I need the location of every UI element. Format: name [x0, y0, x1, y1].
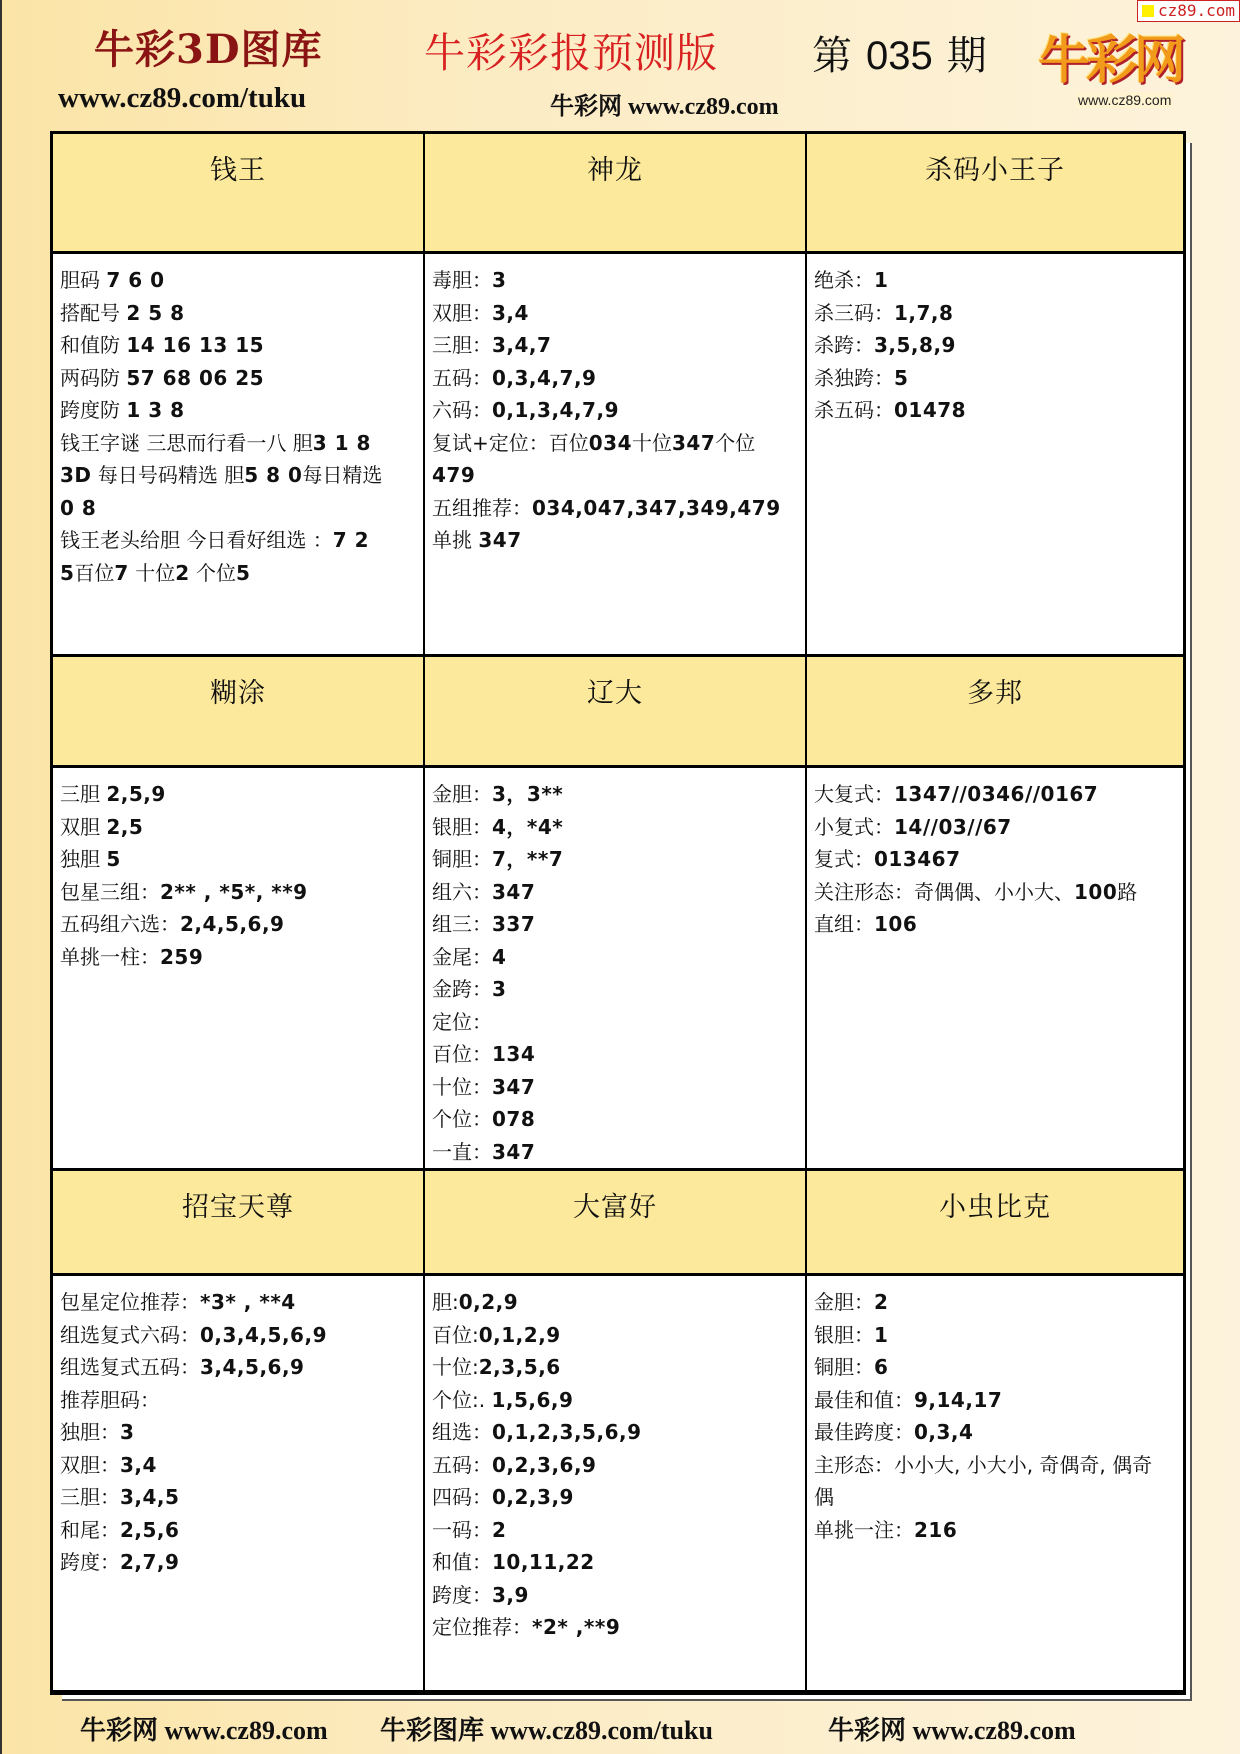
prediction-line: 钱王字谜 三思而行看一八 胆3 1 8	[60, 427, 423, 460]
section-header-zhaobao: 招宝天尊	[53, 1171, 425, 1276]
line-label: 小复式：	[814, 815, 894, 839]
line-label: 主形态：小小大, 小大小, 奇偶奇, 偶奇	[814, 1453, 1152, 1477]
line-value: 1347//0346//0167	[894, 782, 1098, 806]
line-label: 和尾：	[60, 1518, 120, 1542]
line-label: 三胆：	[60, 1485, 120, 1509]
line-value: 2,5,6	[120, 1518, 179, 1542]
line-value: 034	[589, 431, 632, 455]
line-label: 定位推荐：	[432, 1615, 532, 1639]
issue-label: 第035期	[812, 24, 987, 81]
line-label: 复式：	[814, 847, 874, 871]
line-label: 直组：	[814, 912, 874, 936]
line-value: 3	[120, 1420, 134, 1444]
line-value: 3	[492, 977, 506, 1001]
line-value: 0,3,4,7,9	[492, 366, 596, 390]
line-value: 3D	[60, 463, 92, 487]
line-label: 个位：	[432, 1107, 492, 1131]
prediction-line: 0 8	[60, 492, 423, 525]
line-value: 0,2,9	[459, 1290, 518, 1314]
prediction-grid: 钱王 神龙 杀码小王子 胆码 7 6 0搭配号 2 5 8和值防 14 16 1…	[50, 131, 1186, 1695]
prediction-line: 铜胆：7，**7	[432, 843, 805, 876]
prediction-line: 十位：347	[432, 1071, 805, 1104]
prediction-line: 五组推荐：034,047,347,349,479	[432, 492, 805, 525]
line-value: 134	[492, 1042, 535, 1066]
prediction-line: 主形态：小小大, 小大小, 奇偶奇, 偶奇	[814, 1449, 1183, 1482]
section-header-xiaochong: 小虫比克	[807, 1171, 1183, 1276]
line-value: 3,4,7	[492, 333, 551, 357]
line-label: 单挑	[432, 528, 478, 552]
line-value: 259	[160, 945, 203, 969]
prediction-line: 跨度：3,9	[432, 1579, 805, 1612]
line-value: 3,4	[492, 301, 529, 325]
line-label: 杀三码：	[814, 301, 894, 325]
line-label: 包星三组：	[60, 880, 160, 904]
line-value: 0,1,2,9	[479, 1323, 561, 1347]
line-text: 每日号码精选 胆	[92, 463, 245, 487]
prediction-line: 金尾：4	[432, 941, 805, 974]
prediction-line: 一直：347	[432, 1136, 805, 1169]
prediction-line: 关注形态：奇偶偶、小小大、100路	[814, 876, 1183, 909]
line-label: 绝杀：	[814, 268, 874, 292]
section-header-dafuhao: 大富好	[425, 1171, 807, 1276]
footer-link-left[interactable]: 牛彩网 www.cz89.com	[80, 1710, 328, 1747]
line-value: 3，3**	[492, 782, 563, 806]
logo-icon: 牛彩网	[1038, 18, 1182, 93]
line-value: 0,1,2,3,5,6,9	[492, 1420, 642, 1444]
line-value: 0 8	[60, 496, 96, 520]
line-label: 胆码	[60, 268, 106, 292]
line-value: 0,1,3,4,7,9	[492, 398, 619, 422]
section-body-qianwang: 胆码 7 6 0搭配号 2 5 8和值防 14 16 13 15两码防 57 6…	[53, 254, 425, 657]
prediction-line: 推荐胆码：	[60, 1384, 423, 1417]
line-label: 银胆：	[432, 815, 492, 839]
line-label: 独胆：	[60, 1420, 120, 1444]
line-label: 最佳跨度：	[814, 1420, 914, 1444]
prediction-line: 两码防 57 68 06 25	[60, 362, 423, 395]
line-label: 百位:	[432, 1323, 479, 1347]
footer-link-right[interactable]: 牛彩网 www.cz89.com	[828, 1710, 1076, 1747]
prediction-line: 钱王老头给胆 今日看好组选 ：7 2	[60, 524, 423, 557]
line-value: 034,047,347,349,479	[532, 496, 781, 520]
line-label: 双胆：	[432, 301, 492, 325]
page-footer: 牛彩网 www.cz89.com 牛彩图库 www.cz89.com/tuku …	[2, 1700, 1240, 1754]
line-value: 337	[492, 912, 535, 936]
prediction-line: 银胆：1	[814, 1319, 1183, 1352]
line-value: 216	[914, 1518, 957, 1542]
line-value: 10,11,22	[492, 1550, 595, 1574]
line-value: 57 68 06 25	[126, 366, 264, 390]
prediction-line: 直组：106	[814, 908, 1183, 941]
line-label: 组三：	[432, 912, 492, 936]
prediction-line: 杀三码：1,7,8	[814, 297, 1183, 330]
line-value: 3,4	[120, 1453, 157, 1477]
line-label: 十位:	[432, 1355, 479, 1379]
line-value: 5	[894, 366, 908, 390]
line-value: 3,9	[492, 1583, 529, 1607]
prediction-line: 一码：2	[432, 1514, 805, 1547]
section-body-shama: 绝杀：1杀三码：1,7,8杀跨：3,5,8,9杀独跨：5杀五码：01478	[807, 254, 1183, 657]
line-label: 铜胆：	[432, 847, 492, 871]
line-label: 五码组六选：	[60, 912, 180, 936]
line-value: 5	[236, 561, 250, 585]
section-header-liaoda: 辽大	[425, 657, 807, 768]
line-label: 独胆	[60, 847, 106, 871]
line-value: 14 16 13 15	[126, 333, 264, 357]
brand-url-link[interactable]: www.cz89.com/tuku	[58, 82, 306, 115]
section-body-hutu: 三胆 2,5,9双胆 2,5独胆 5包星三组：2** , *5*, **9五码组…	[53, 768, 425, 1171]
prediction-line: 组选复式五码：3,4,5,6,9	[60, 1351, 423, 1384]
line-value: 100	[1074, 880, 1117, 904]
prediction-line: 五码：0,3,4,7,9	[432, 362, 805, 395]
prediction-line: 单挑一注：216	[814, 1514, 1183, 1547]
line-value: 7 2	[333, 528, 369, 552]
issue-suffix: 期	[947, 33, 987, 79]
line-label: 大复式：	[814, 782, 894, 806]
line-text: 十位	[129, 561, 175, 585]
line-value: 1,5,6,9	[491, 1388, 573, 1412]
line-label: 五码：	[432, 1453, 492, 1477]
line-value: 479	[432, 463, 475, 487]
logo-url: www.cz89.com	[1076, 92, 1173, 108]
prediction-line: 偶	[814, 1481, 1183, 1514]
prediction-line: 五码：0,2,3,6,9	[432, 1449, 805, 1482]
prediction-line: 杀五码：01478	[814, 394, 1183, 427]
line-label: 杀五码：	[814, 398, 894, 422]
line-label: 两码防	[60, 366, 126, 390]
page-header: 牛彩3D图库 www.cz89.com/tuku 牛彩彩报预测版 牛彩网 www…	[2, 0, 1240, 130]
prediction-line: 百位:0,1,2,9	[432, 1319, 805, 1352]
prediction-line: 最佳和值：9,14,17	[814, 1384, 1183, 1417]
edition-title: 牛彩彩报预测版	[424, 20, 718, 79]
line-value: 078	[492, 1107, 535, 1131]
section-header-hutu: 糊涂	[53, 657, 425, 768]
line-label: 金胆：	[432, 782, 492, 806]
line-value: 5	[60, 561, 74, 585]
line-label: 组选复式六码：	[60, 1323, 200, 1347]
line-value: 3,5,8,9	[874, 333, 956, 357]
prediction-line: 百位：134	[432, 1038, 805, 1071]
line-label: 五码：	[432, 366, 492, 390]
prediction-line: 铜胆：6	[814, 1351, 1183, 1384]
prediction-line: 479	[432, 459, 805, 492]
prediction-line: 三胆：3,4,5	[60, 1481, 423, 1514]
line-value: 347	[492, 1140, 535, 1164]
line-value: 3,4,5	[120, 1485, 179, 1509]
section-body-shenlong: 毒胆：3双胆：3,4三胆：3,4,7五码：0,3,4,7,9六码：0,1,3,4…	[425, 254, 807, 657]
line-value: 0,3,4,5,6,9	[200, 1323, 327, 1347]
prediction-line: 搭配号 2 5 8	[60, 297, 423, 330]
line-value: 0,2,3,9	[492, 1485, 574, 1509]
line-label: 双胆：	[60, 1453, 120, 1477]
line-value: 2,5	[106, 815, 143, 839]
line-label: 六码：	[432, 398, 492, 422]
line-value: 5 8 0	[244, 463, 302, 487]
line-label: 五组推荐：	[432, 496, 532, 520]
line-value: 1	[874, 1323, 888, 1347]
line-value: 2	[175, 561, 189, 585]
line-value: 3,4,5,6,9	[200, 1355, 304, 1379]
line-value: 3 1 8	[313, 431, 371, 455]
prediction-line: 单挑 347	[432, 524, 805, 557]
line-value: 2	[492, 1518, 506, 1542]
prediction-line: 绝杀：1	[814, 264, 1183, 297]
prediction-line: 组选：0,1,2,3,5,6,9	[432, 1416, 805, 1449]
line-value: 5	[106, 847, 120, 871]
line-label: 百位：	[432, 1042, 492, 1066]
section-body-dafuhao: 胆:0,2,9百位:0,1,2,9十位:2,3,5,6个位:. 1,5,6,9组…	[425, 1276, 807, 1690]
line-value: 4，*4*	[492, 815, 563, 839]
line-label: 推荐胆码：	[60, 1388, 160, 1412]
line-label: 组六：	[432, 880, 492, 904]
line-label: 一码：	[432, 1518, 492, 1542]
line-label: 关注形态：奇偶偶、小小大、	[814, 880, 1074, 904]
prediction-line: 个位:. 1,5,6,9	[432, 1384, 805, 1417]
line-text: 十位	[632, 431, 672, 455]
line-label: 杀独跨：	[814, 366, 894, 390]
line-value: 7 6 0	[106, 268, 164, 292]
issue-prefix: 第	[812, 33, 852, 79]
line-text: 每日精选	[302, 463, 382, 487]
prediction-line: 胆:0,2,9	[432, 1286, 805, 1319]
line-value: 0,2,3,6,9	[492, 1453, 596, 1477]
corner-badge-link[interactable]: cz89.com	[1137, 0, 1240, 22]
line-label: 银胆：	[814, 1323, 874, 1347]
line-label: 三胆	[60, 782, 106, 806]
site-link[interactable]: 牛彩网 www.cz89.com	[550, 86, 779, 121]
line-value: 3	[492, 268, 506, 292]
prediction-line: 独胆：3	[60, 1416, 423, 1449]
line-label: 钱王字谜 三思而行看一八 胆	[60, 431, 313, 455]
line-label: 定位：	[432, 1010, 492, 1034]
prediction-line: 组六：347	[432, 876, 805, 909]
line-value: 106	[874, 912, 917, 936]
section-body-zhaobao: 包星定位推荐：*3* , **4组选复式六码：0,3,4,5,6,9组选复式五码…	[53, 1276, 425, 1690]
line-value: 2	[874, 1290, 888, 1314]
line-value: 1	[874, 268, 888, 292]
line-label: 跨度：	[60, 1550, 120, 1574]
line-label: 一直：	[432, 1140, 492, 1164]
yellow-square-icon	[1142, 5, 1154, 17]
section-header-qianwang: 钱王	[53, 134, 425, 254]
line-value: 2 5 8	[126, 301, 184, 325]
line-value: 7，**7	[492, 847, 563, 871]
line-label: 包星定位推荐：	[60, 1290, 200, 1314]
prediction-line: 和值：10,11,22	[432, 1546, 805, 1579]
line-label: 金跨：	[432, 977, 492, 1001]
prediction-line: 大复式：1347//0346//0167	[814, 778, 1183, 811]
prediction-line: 三胆 2,5,9	[60, 778, 423, 811]
line-label: 和值防	[60, 333, 126, 357]
prediction-line: 定位：	[432, 1006, 805, 1039]
section-header-shenlong: 神龙	[425, 134, 807, 254]
prediction-line: 组三：337	[432, 908, 805, 941]
prediction-line: 双胆：3,4	[432, 297, 805, 330]
prediction-line: 独胆 5	[60, 843, 423, 876]
prediction-line: 包星定位推荐：*3* , **4	[60, 1286, 423, 1319]
prediction-line: 双胆 2,5	[60, 811, 423, 844]
site-logo[interactable]: 牛彩网 www.cz89.com	[1032, 14, 1192, 114]
section-body-xiaochong: 金胆：2银胆：1铜胆：6最佳和值：9,14,17最佳跨度：0,3,4主形态：小小…	[807, 1276, 1183, 1690]
footer-link-middle[interactable]: 牛彩图库 www.cz89.com/tuku	[380, 1710, 713, 1747]
line-label: 个位:.	[432, 1388, 491, 1412]
line-value: 9,14,17	[914, 1388, 1002, 1412]
line-label: 单挑一柱：	[60, 945, 160, 969]
line-label: 最佳和值：	[814, 1388, 914, 1412]
line-value: 2,5,9	[106, 782, 165, 806]
line-label: 跨度防	[60, 398, 126, 422]
line-label: 组选复式五码：	[60, 1355, 200, 1379]
line-label: 毒胆：	[432, 268, 492, 292]
corner-badge-text: cz89.com	[1158, 1, 1235, 20]
line-value: *3* , **4	[200, 1290, 296, 1314]
prediction-line: 和尾：2,5,6	[60, 1514, 423, 1547]
section-header-shama: 杀码小王子	[807, 134, 1183, 254]
prediction-line: 毒胆：3	[432, 264, 805, 297]
line-label: 单挑一注：	[814, 1518, 914, 1542]
line-value: *2* ,**9	[532, 1615, 620, 1639]
line-label: 跨度：	[432, 1583, 492, 1607]
line-value: 013467	[874, 847, 961, 871]
prediction-line: 个位：078	[432, 1103, 805, 1136]
prediction-line: 和值防 14 16 13 15	[60, 329, 423, 362]
line-label: 四码：	[432, 1485, 492, 1509]
line-label: 金胆：	[814, 1290, 874, 1314]
line-label: 铜胆：	[814, 1355, 874, 1379]
prediction-line: 5百位7 十位2 个位5	[60, 557, 423, 590]
line-value: 347	[478, 528, 521, 552]
prediction-line: 六码：0,1,3,4,7,9	[432, 394, 805, 427]
prediction-line: 金跨：3	[432, 973, 805, 1006]
line-label: 钱王老头给胆 今日看好组选 ：	[60, 528, 333, 552]
prediction-line: 单挑一柱：259	[60, 941, 423, 974]
prediction-line: 金胆：3，3**	[432, 778, 805, 811]
line-value: 6	[874, 1355, 888, 1379]
line-value: 2** , *5*, **9	[160, 880, 308, 904]
line-value: 0,3,4	[914, 1420, 973, 1444]
section-header-duobang: 多邦	[807, 657, 1183, 768]
line-value: 01478	[894, 398, 966, 422]
prediction-line: 小复式：14//03//67	[814, 811, 1183, 844]
prediction-line: 最佳跨度：0,3,4	[814, 1416, 1183, 1449]
line-label: 双胆	[60, 815, 106, 839]
prediction-line: 金胆：2	[814, 1286, 1183, 1319]
line-value: 347	[672, 431, 715, 455]
prediction-line: 跨度防 1 3 8	[60, 394, 423, 427]
line-text: 百位	[74, 561, 114, 585]
prediction-line: 三胆：3,4,7	[432, 329, 805, 362]
prediction-line: 十位:2,3,5,6	[432, 1351, 805, 1384]
line-value: 2,7,9	[120, 1550, 179, 1574]
line-label: 十位：	[432, 1075, 492, 1099]
prediction-line: 组选复式六码：0,3,4,5,6,9	[60, 1319, 423, 1352]
line-value: 4	[492, 945, 506, 969]
prediction-line: 五码组六选：2,4,5,6,9	[60, 908, 423, 941]
line-label: 胆:	[432, 1290, 459, 1314]
prediction-line: 复式：013467	[814, 843, 1183, 876]
prediction-line: 杀独跨：5	[814, 362, 1183, 395]
line-text: 个位	[715, 431, 755, 455]
line-label: 组选：	[432, 1420, 492, 1444]
prediction-line: 四码：0,2,3,9	[432, 1481, 805, 1514]
prediction-line: 复试+定位：百位034十位347个位	[432, 427, 805, 460]
line-label: 杀跨：	[814, 333, 874, 357]
line-value: 7	[114, 561, 128, 585]
line-value: 2,4,5,6,9	[180, 912, 284, 936]
prediction-line: 定位推荐：*2* ,**9	[432, 1611, 805, 1644]
line-value: 347	[492, 1075, 535, 1099]
section-body-duobang: 大复式：1347//0346//0167小复式：14//03//67复式：013…	[807, 768, 1183, 1171]
prediction-line: 3D 每日号码精选 胆5 8 0每日精选	[60, 459, 423, 492]
line-label: 搭配号	[60, 301, 126, 325]
brand-title: 牛彩3D图库	[94, 18, 323, 75]
line-label: 和值：	[432, 1550, 492, 1574]
line-value: 2,3,5,6	[479, 1355, 561, 1379]
line-label: 三胆：	[432, 333, 492, 357]
section-body-liaoda: 金胆：3，3**银胆：4，*4*铜胆：7，**7组六：347组三：337金尾：4…	[425, 768, 807, 1171]
line-value: 1 3 8	[126, 398, 184, 422]
line-label: 金尾：	[432, 945, 492, 969]
prediction-line: 跨度：2,7,9	[60, 1546, 423, 1579]
issue-number: 035	[866, 34, 933, 78]
prediction-line: 包星三组：2** , *5*, **9	[60, 876, 423, 909]
line-text: 路	[1117, 880, 1137, 904]
prediction-line: 胆码 7 6 0	[60, 264, 423, 297]
line-value: 14//03//67	[894, 815, 1012, 839]
prediction-line: 双胆：3,4	[60, 1449, 423, 1482]
line-text: 个位	[190, 561, 236, 585]
prediction-line: 杀跨：3,5,8,9	[814, 329, 1183, 362]
line-label: 复试+定位：百位	[432, 431, 589, 455]
prediction-line: 银胆：4，*4*	[432, 811, 805, 844]
line-label: 偶	[814, 1485, 834, 1509]
line-value: 1,7,8	[894, 301, 953, 325]
line-value: 347	[492, 880, 535, 904]
